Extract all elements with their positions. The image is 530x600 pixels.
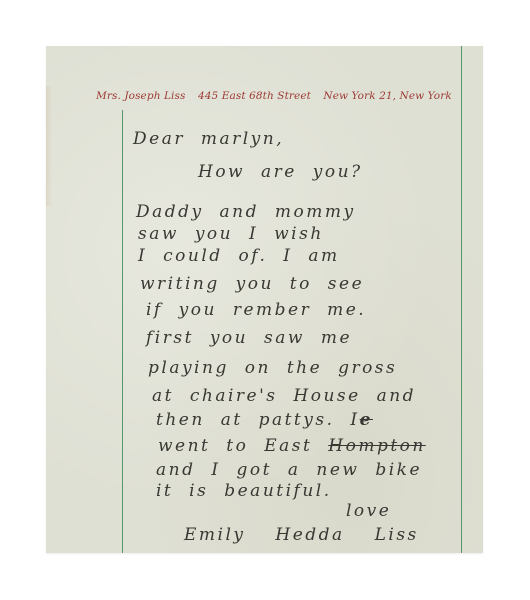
body-line: Daddy and mommy [136, 204, 356, 221]
letterhead: Mrs. Joseph Liss 445 East 68th Street Ne… [96, 90, 446, 102]
body-line: it is beautiful. [156, 483, 332, 500]
body-line: if you rember me. [146, 302, 366, 319]
right-margin-line [461, 46, 462, 553]
body-line: and I got a new bike [156, 462, 422, 479]
left-margin-line [122, 110, 123, 553]
overstruck-text: e [360, 410, 373, 430]
letter-paper: Mrs. Joseph Liss 445 East 68th Street Ne… [46, 46, 483, 553]
body-line: at chaire's House and [152, 388, 416, 405]
body-line: playing on the gross [148, 360, 397, 377]
greeting: How are you? [198, 164, 363, 181]
body-line: saw you I wish [138, 226, 324, 243]
struck-word: Hompton [328, 436, 426, 456]
signature: Emily Hedda Liss [184, 527, 419, 544]
salutation: Dear marlyn, [133, 131, 284, 148]
body-line: writing you to see [140, 276, 364, 293]
letterhead-name: Mrs. Joseph Liss [96, 90, 186, 102]
closing: love [346, 503, 391, 520]
letterhead-street: 445 East 68th Street [198, 90, 311, 102]
body-line: I could of. I am [138, 248, 340, 265]
letterhead-city: New York 21, New York [323, 90, 451, 102]
body-line-text: went to East [158, 436, 312, 456]
body-line: first you saw me [146, 330, 352, 347]
body-line: then at pattys. Ie [156, 412, 373, 429]
body-line: went to East Hompton [158, 438, 426, 455]
body-line-text: then at pattys. I [156, 410, 360, 430]
